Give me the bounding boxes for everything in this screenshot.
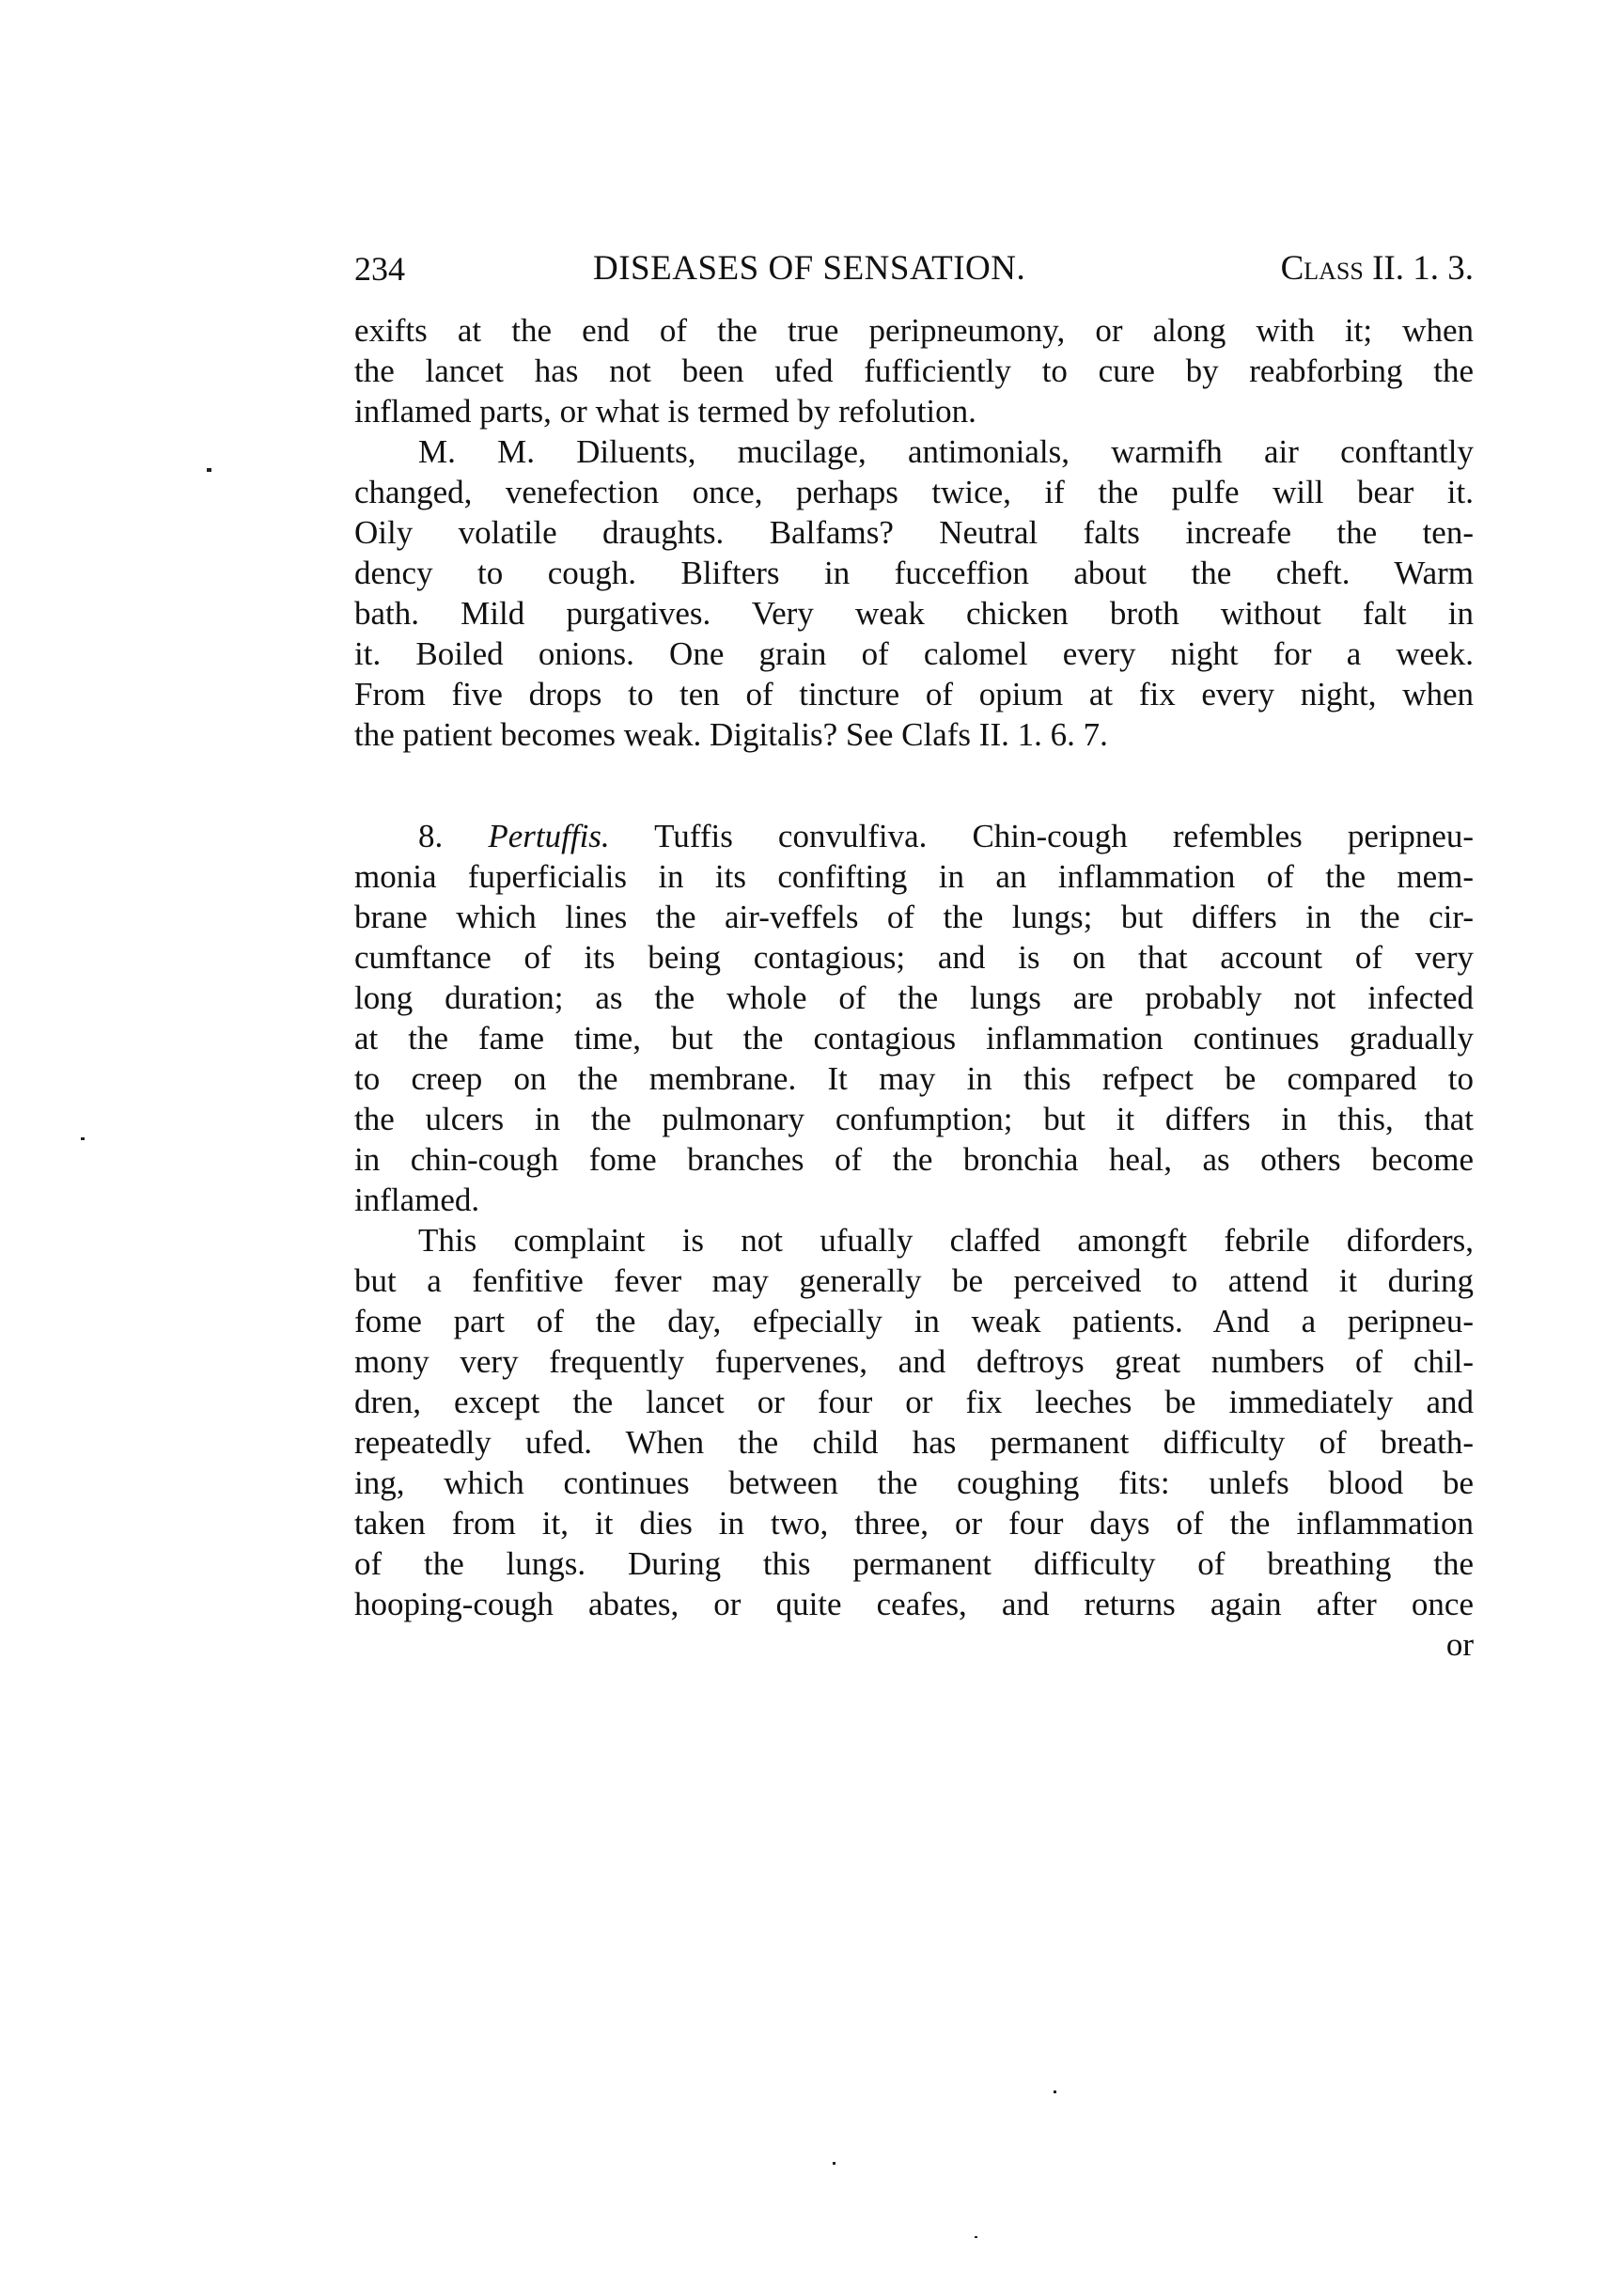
paragraph-materia-medica: M. M. Diluents, mucilage, antimonials, w… bbox=[354, 431, 1474, 755]
text-line: Oily volatile draughts. Balfams? Neutral… bbox=[354, 512, 1474, 553]
running-title: DISEASES OF SENSATION. bbox=[593, 246, 1025, 291]
paragraph-complaint: This complaint is not ufually claffed am… bbox=[354, 1220, 1474, 1624]
text-line: at the fame time, but the contagious inf… bbox=[354, 1018, 1474, 1058]
text-line: inflamed parts, or what is termed by ref… bbox=[354, 391, 1474, 431]
text-line: inflamed. bbox=[354, 1180, 1474, 1220]
text-run: Tuffis convulfiva. Chin-cough refembles … bbox=[654, 818, 1474, 854]
scan-speck bbox=[833, 2162, 835, 2165]
section-heading-italic: Pertuffis. bbox=[488, 818, 609, 854]
text-line: bath. Mild purgatives. Very weak chicken… bbox=[354, 593, 1474, 634]
section-gap bbox=[354, 755, 1474, 816]
text-line: repeatedly ufed. When the child has perm… bbox=[354, 1422, 1474, 1463]
section-number: 8. bbox=[418, 818, 443, 854]
text-line: of the lungs. During this permanent diff… bbox=[354, 1543, 1474, 1584]
text-line: M. M. Diluents, mucilage, antimonials, w… bbox=[354, 431, 1474, 472]
section-heading-line: 8. Pertuffis. Tuffis convulfiva. Chin-co… bbox=[354, 816, 1474, 856]
text-line: it. Boiled onions. One grain of calomel … bbox=[354, 634, 1474, 674]
text-line: brane which lines the air-veffels of the… bbox=[354, 897, 1474, 937]
text-line: dren, except the lancet or four or fix l… bbox=[354, 1382, 1474, 1422]
text-line: long duration; as the whole of the lungs… bbox=[354, 978, 1474, 1018]
text-line: hooping-cough abates, or quite ceafes, a… bbox=[354, 1584, 1474, 1624]
text-line: exifts at the end of the true peripneumo… bbox=[354, 310, 1474, 351]
text-line: to creep on the membrane. It may in this… bbox=[354, 1058, 1474, 1099]
body-text: exifts at the end of the true peripneumo… bbox=[354, 310, 1474, 1665]
book-page: 234 DISEASES OF SENSATION. Class II. 1. … bbox=[0, 0, 1624, 2286]
running-head: 234 DISEASES OF SENSATION. Class II. 1. … bbox=[354, 246, 1474, 291]
catchword: or bbox=[354, 1624, 1474, 1665]
scan-speck bbox=[81, 1137, 85, 1140]
text-line: mony very frequently fupervenes, and def… bbox=[354, 1341, 1474, 1382]
text-line: From five drops to ten of tincture of op… bbox=[354, 674, 1474, 714]
text-line: ing, which continues between the coughin… bbox=[354, 1463, 1474, 1503]
scan-speck bbox=[975, 2236, 977, 2238]
text-line: the patient becomes weak. Digitalis? See… bbox=[354, 714, 1474, 755]
text-line: changed, venefection once, perhaps twice… bbox=[354, 472, 1474, 512]
paragraph-continuation: exifts at the end of the true peripneumo… bbox=[354, 310, 1474, 431]
text-line: but a fenfitive fever may generally be p… bbox=[354, 1260, 1474, 1301]
paragraph-pertussis: 8. Pertuffis. Tuffis convulfiva. Chin-co… bbox=[354, 816, 1474, 1220]
text-line: the ulcers in the pulmonary confumption;… bbox=[354, 1099, 1474, 1139]
text-line: taken from it, it dies in two, three, or… bbox=[354, 1503, 1474, 1543]
scan-speck bbox=[207, 468, 211, 472]
text-line: This complaint is not ufually claffed am… bbox=[354, 1220, 1474, 1260]
text-line: the lancet has not been ufed fufficientl… bbox=[354, 351, 1474, 391]
text-line: cumftance of its being contagious; and i… bbox=[354, 937, 1474, 978]
text-line: fome part of the day, efpecially in weak… bbox=[354, 1301, 1474, 1341]
text-line: monia fuperficialis in its confifting in… bbox=[354, 856, 1474, 897]
scan-speck bbox=[1054, 2090, 1056, 2093]
page-number: 234 bbox=[354, 246, 405, 291]
text-line: dency to cough. Blifters in fucceffion a… bbox=[354, 553, 1474, 593]
section-reference: Class II. 1. 3. bbox=[1281, 246, 1474, 291]
text-line: in chin-cough fome branches of the bronc… bbox=[354, 1139, 1474, 1180]
